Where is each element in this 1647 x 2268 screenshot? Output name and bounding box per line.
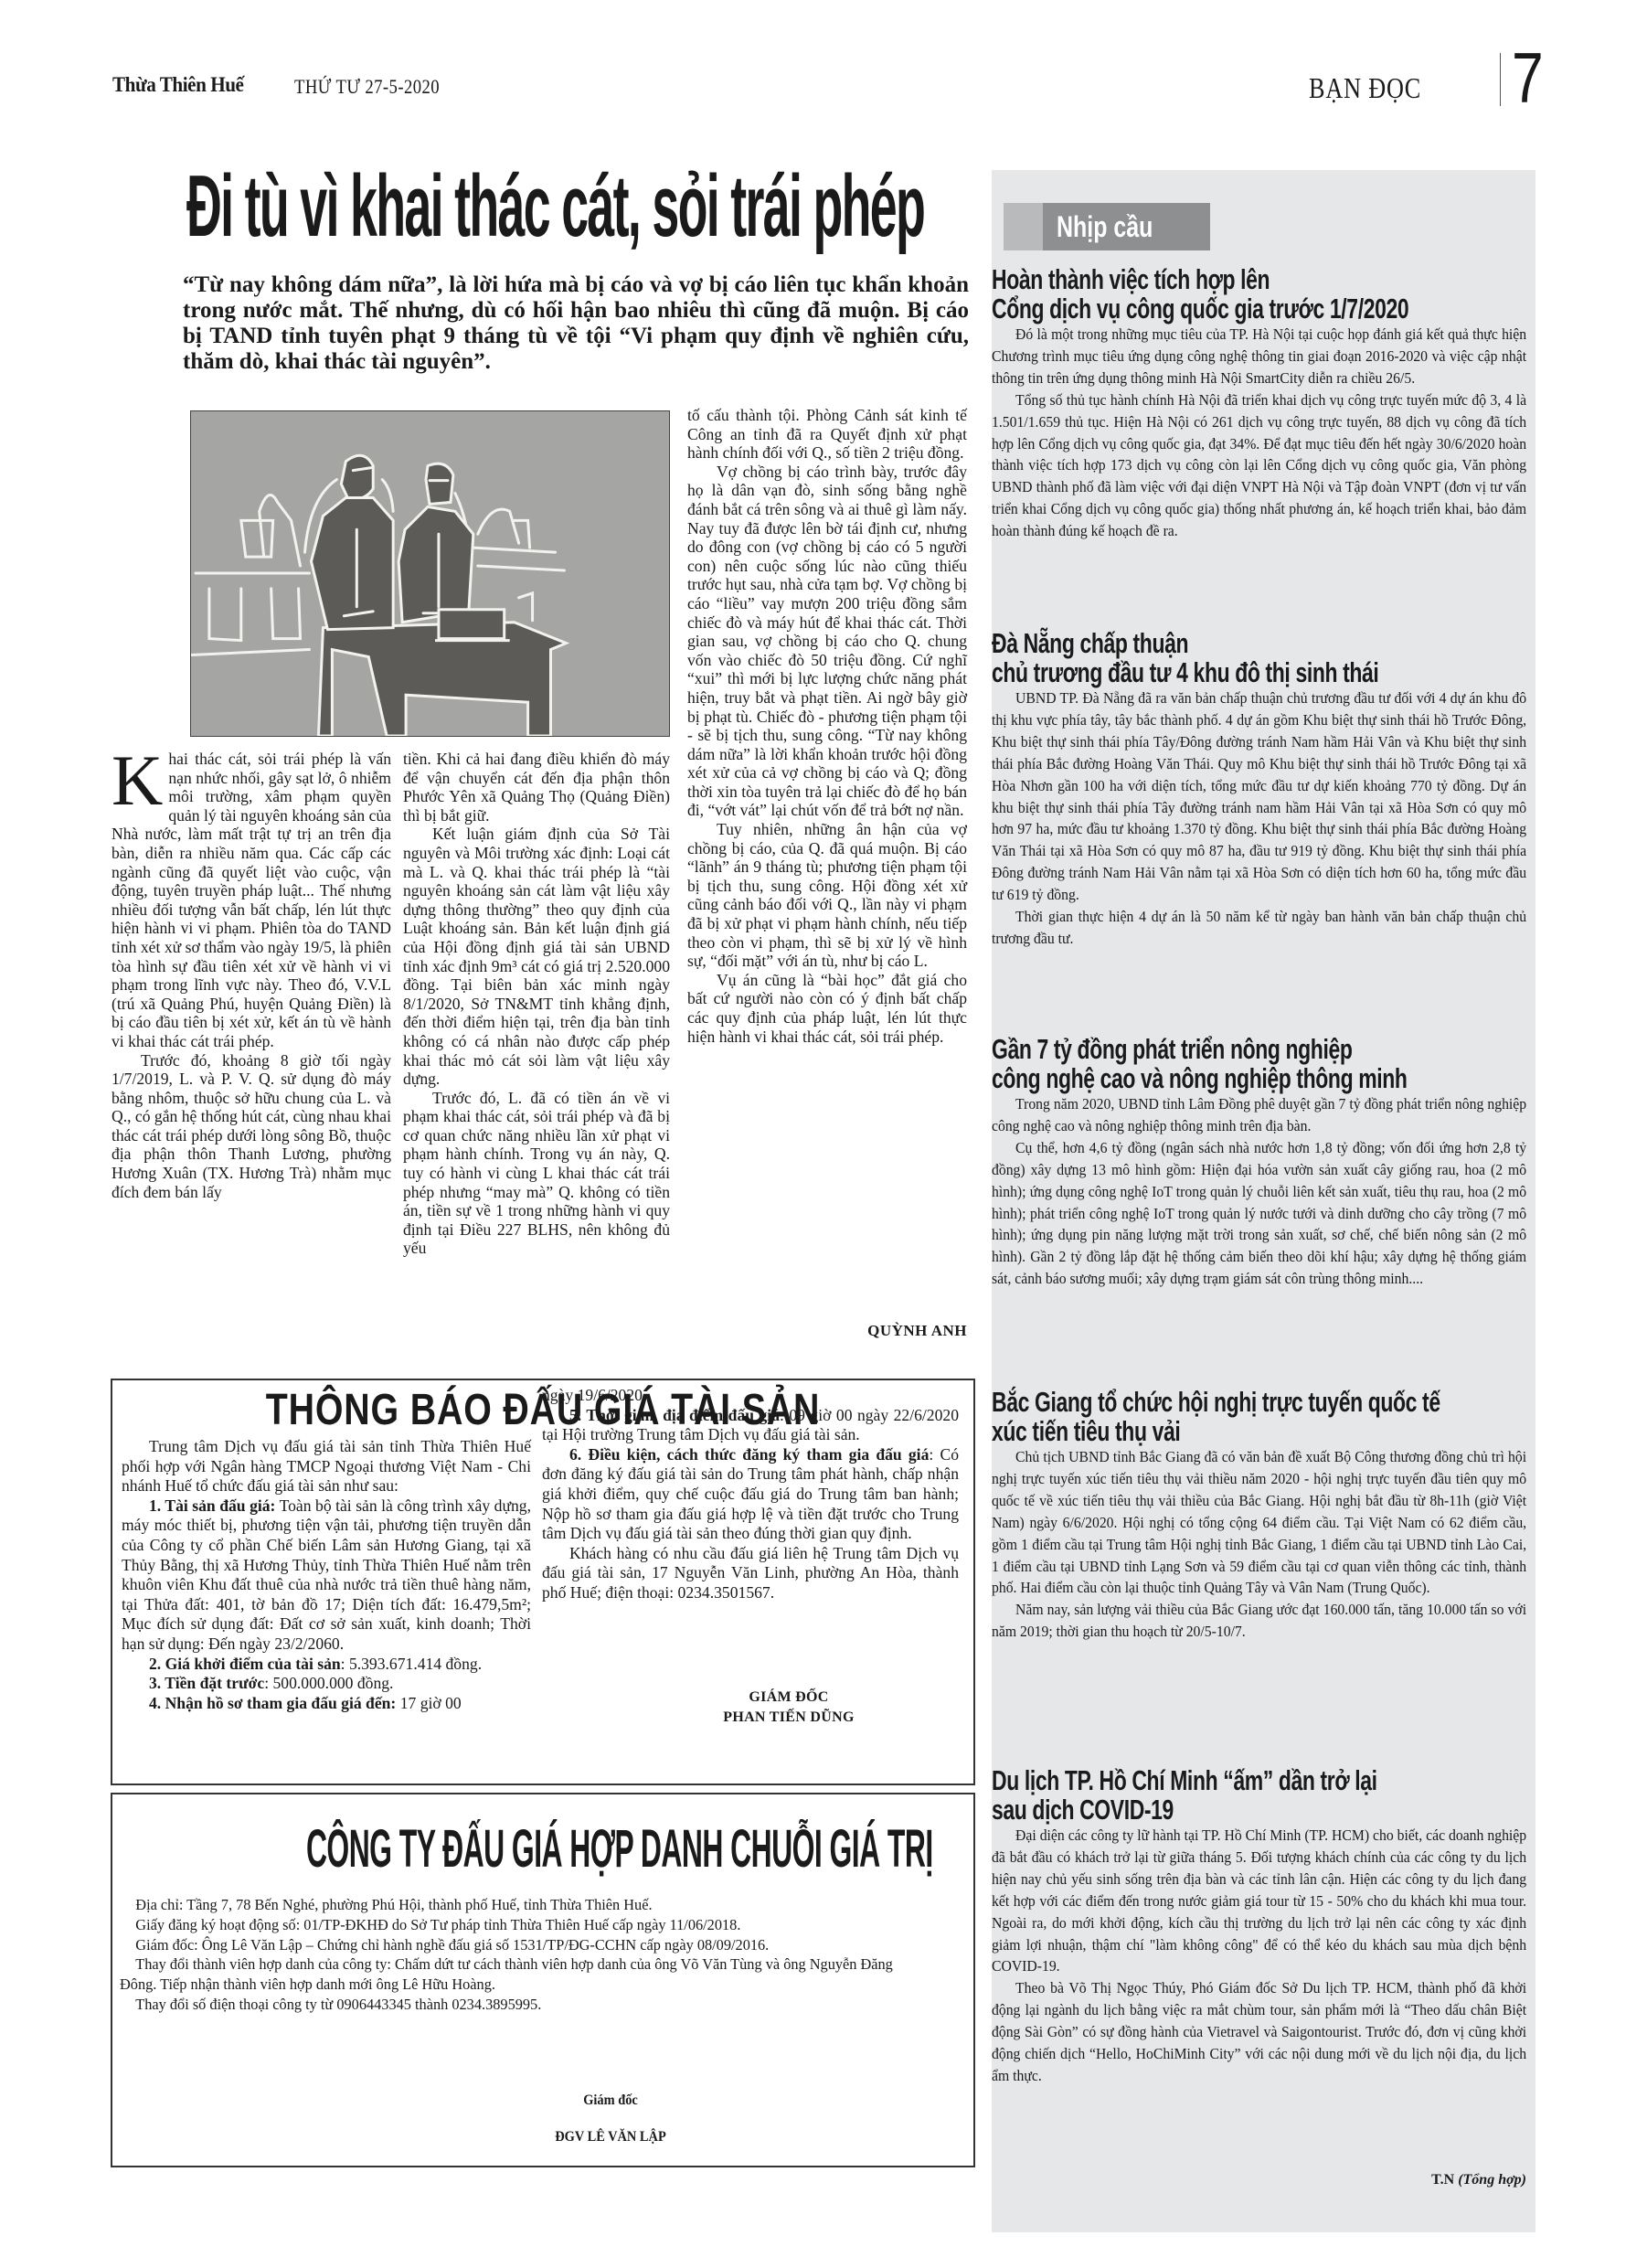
item-label: 6. Điều kiện, cách thức đăng ký tham gia…: [569, 1445, 929, 1464]
issue-date: THỨ TƯ 27-5-2020: [294, 75, 440, 99]
auction-notice: THÔNG BÁO ĐẤU GIÁ TÀI SẢN Trung tâm Dịch…: [111, 1379, 975, 1785]
brief-paragraph: UBND TP. Đà Nẵng đã ra văn bản chấp thuậ…: [992, 687, 1526, 906]
article-paragraph: tố cấu thành tội. Phòng Cảnh sát kinh tế…: [687, 406, 967, 463]
section-name: BẠN ĐỌC: [1309, 71, 1421, 105]
brief-body: UBND TP. Đà Nẵng đã ra văn bản chấp thuậ…: [992, 687, 1526, 950]
dropcap: K: [112, 753, 163, 808]
company-license: Giấy đăng ký hoạt động số: 01/TP-ĐKHĐ do…: [120, 1915, 931, 1935]
item-text: : 5.393.671.414 đồng.: [341, 1655, 482, 1673]
item-text: Toàn bộ tài sản là công trình xây dựng, …: [122, 1496, 531, 1653]
title-line: Đà Nẵng chấp thuận: [992, 627, 1188, 659]
title-line: Bắc Giang tổ chức hội nghị trực tuyến qu…: [992, 1386, 1440, 1418]
item-label: 3. Tiền đặt trước: [149, 1674, 264, 1692]
brief-body: Chủ tịch UBND tỉnh Bắc Giang đã có văn b…: [992, 1446, 1526, 1643]
brief-paragraph: Năm nay, sản lượng vải thiều của Bắc Gia…: [992, 1599, 1526, 1643]
article-paragraph: Vụ án cũng là “bài học” đắt giá cho bất …: [687, 971, 967, 1046]
article-paragraph: Kết luận giám định của Sở Tài nguyên và …: [403, 825, 670, 1088]
company-phone-change: Thay đổi số điện thoại công ty từ 090644…: [120, 1995, 931, 2015]
brief-paragraph: Tổng số thủ tục hành chính Hà Nội đã tri…: [992, 389, 1526, 542]
title-line: Hoàn thành việc tích hợp lên: [992, 263, 1270, 295]
auction-item-2: 2. Giá khởi điểm của tài sản: 5.393.671.…: [122, 1655, 531, 1675]
item-label: 4. Nhận hồ sơ tham gia đấu giá đến:: [149, 1694, 396, 1712]
brief-paragraph: Đại diện các công ty lữ hành tại TP. Hồ …: [992, 1825, 1526, 1977]
item-label: 2. Giá khởi điểm của tài sản: [149, 1655, 341, 1673]
article-byline: QUỲNH ANH: [687, 1322, 967, 1340]
sidebar-nhip-cau: Nhịp cầu Hoàn thành việc tích hợp lênCổn…: [992, 170, 1535, 2232]
credit-author: T.N: [1431, 2172, 1454, 2188]
brief-paragraph: Đó là một trong những mục tiêu của TP. H…: [992, 324, 1526, 389]
brief-article: Du lịch TP. Hồ Chí Minh “ấm” dần trở lại…: [992, 1766, 1529, 2087]
brief-title: Đà Nẵng chấp thuậnchủ trương đầu tư 4 kh…: [992, 629, 1528, 687]
title-line: Du lịch TP. Hồ Chí Minh “ấm” dần trở lại: [992, 1764, 1377, 1796]
company-director: Giám đốc: Ông Lê Văn Lập – Chứng chỉ hàn…: [120, 1935, 931, 1955]
auction-item-6: 6. Điều kiện, cách thức đăng ký tham gia…: [542, 1445, 959, 1544]
article-paragraph: Vợ chồng bị cáo trình bày, trước đây họ …: [687, 463, 967, 820]
company-signature-name: ĐGV LÊ VĂN LẬP: [155, 2129, 933, 2146]
brief-article: Gần 7 tỷ đồng phát triển nông nghiệpcông…: [992, 1035, 1529, 1290]
brief-paragraph: Cụ thể, hơn 4,6 tỷ đồng (ngân sách nhà n…: [992, 1137, 1526, 1290]
article-paragraph: Tuy nhiên, những ân hận của vợ chồng bị …: [687, 820, 967, 971]
title-line: công nghệ cao và nông nghiệp thông minh: [992, 1062, 1408, 1094]
company-member-change: Thay đổi thành viên hợp danh của công ty…: [120, 1954, 931, 1995]
masthead: Thừa Thiên Huế THỨ TƯ 27-5-2020 BẠN ĐỌC …: [0, 0, 1647, 110]
signature-title: GIÁM ĐỐC: [679, 1688, 898, 1708]
company-address: Địa chỉ: Tầng 7, 78 Bến Nghé, phường Phú…: [120, 1895, 931, 1915]
page-divider: [1500, 53, 1501, 106]
company-signature-title: Giám đốc: [155, 2092, 933, 2109]
auction-notice-left-column: Trung tâm Dịch vụ đấu giá tài sản tỉnh T…: [122, 1437, 531, 1713]
auction-intro: Trung tâm Dịch vụ đấu giá tài sản tỉnh T…: [122, 1437, 531, 1496]
auction-item-4: 4. Nhận hồ sơ tham gia đấu giá đến: 17 g…: [122, 1694, 531, 1714]
label-tab-decoration: [1004, 203, 1043, 250]
company-notice: CÔNG TY ĐẤU GIÁ HỢP DANH CHUỖI GIÁ TRỊ Đ…: [111, 1793, 975, 2167]
auction-notice-right-column: ngày 19/6/2020. 5. Thời gian, địa điểm đ…: [542, 1386, 959, 1603]
company-notice-body: Địa chỉ: Tầng 7, 78 Bến Nghé, phường Phú…: [120, 1895, 931, 2015]
item-label: 1. Tài sản đấu giá:: [149, 1496, 275, 1515]
brief-body: Trong năm 2020, UBND tỉnh Lâm Đồng phê d…: [992, 1093, 1526, 1290]
item-label: 5. Thời gian, địa điểm đấu giá: [569, 1406, 780, 1424]
item-text: : 500.000.000 đồng.: [264, 1674, 393, 1692]
brief-article: Hoàn thành việc tích hợp lênCổng dịch vụ…: [992, 265, 1529, 542]
auction-item-1: 1. Tài sản đấu giá: Toàn bộ tài sản là c…: [122, 1496, 531, 1655]
sidebar-label-text: Nhịp cầu: [1057, 208, 1153, 245]
title-line: sau dịch COVID-19: [992, 1794, 1174, 1826]
sidebar-credit: T.N (Tổng hợp): [1431, 2172, 1526, 2188]
auction-item-4-continued: ngày 19/6/2020.: [542, 1386, 959, 1406]
article-column-2: tiền. Khi cả hai đang điều khiển đò máy …: [403, 750, 670, 1258]
brief-body: Đại diện các công ty lữ hành tại TP. Hồ …: [992, 1825, 1526, 2087]
courtroom-illustration-icon: [191, 411, 669, 736]
brief-paragraph: Thời gian thực hiện 4 dự án là 50 năm kể…: [992, 906, 1526, 950]
brief-title: Hoàn thành việc tích hợp lênCổng dịch vụ…: [992, 265, 1528, 324]
sidebar-label: Nhịp cầu: [1004, 203, 1210, 250]
auction-item-3: 3. Tiền đặt trước: 500.000.000 đồng.: [122, 1674, 531, 1694]
signature-name: PHAN TIẾN DŨNG: [679, 1708, 898, 1728]
company-notice-title: CÔNG TY ĐẤU GIÁ HỢP DANH CHUỖI GIÁ TRỊ: [306, 1822, 780, 1877]
brief-article: Đà Nẵng chấp thuậnchủ trương đầu tư 4 kh…: [992, 629, 1529, 950]
title-line: chủ trương đầu tư 4 khu đô thị sinh thái: [992, 656, 1378, 688]
article-column-1: Khai thác cát, sỏi trái phép là vấn nạn …: [112, 750, 391, 1201]
article-column-3: tố cấu thành tội. Phòng Cảnh sát kinh tế…: [687, 406, 967, 1046]
article-paragraph: Trước đó, L. đã có tiền án về vi phạm kh…: [403, 1089, 670, 1258]
article-headline: Đi tù vì khai thác cát, sỏi trái phép: [186, 163, 627, 250]
brief-paragraph: Theo bà Võ Thị Ngọc Thúy, Phó Giám đốc S…: [992, 1977, 1526, 2087]
article-paragraph: Khai thác cát, sỏi trái phép là vấn nạn …: [112, 750, 391, 1051]
page-number: 7: [1512, 42, 1544, 113]
article-sapo: “Từ nay không dám nữa”, là lời hứa mà bị…: [183, 272, 969, 375]
title-line: Cổng dịch vụ công quốc gia trước 1/7/202…: [992, 293, 1408, 325]
paper-name: Thừa Thiên Huế: [112, 73, 243, 97]
brief-title: Du lịch TP. Hồ Chí Minh “ấm” dần trở lại…: [992, 1766, 1528, 1825]
brief-paragraph: Chủ tịch UBND tỉnh Bắc Giang đã có văn b…: [992, 1446, 1526, 1599]
credit-note: (Tổng hợp): [1458, 2172, 1526, 2188]
title-line: xúc tiến tiêu thụ vải: [992, 1415, 1180, 1447]
brief-article: Bắc Giang tổ chức hội nghị trực tuyến qu…: [992, 1388, 1529, 1643]
courtroom-illustration: [190, 410, 670, 737]
auction-item-5: 5. Thời gian, địa điểm đấu giá: 09 giờ 0…: [542, 1406, 959, 1445]
brief-paragraph: Trong năm 2020, UBND tỉnh Lâm Đồng phê d…: [992, 1093, 1526, 1137]
brief-body: Đó là một trong những mục tiêu của TP. H…: [992, 324, 1526, 542]
title-line: Gần 7 tỷ đồng phát triển nông nghiệp: [992, 1033, 1352, 1065]
brief-title: Gần 7 tỷ đồng phát triển nông nghiệpcông…: [992, 1035, 1528, 1093]
article-paragraph: tiền. Khi cả hai đang điều khiển đò máy …: [403, 750, 670, 825]
auction-contact: Khách hàng có nhu cầu đấu giá liên hệ Tr…: [542, 1544, 959, 1603]
brief-title: Bắc Giang tổ chức hội nghị trực tuyến qu…: [992, 1388, 1528, 1446]
auction-signature: GIÁM ĐỐC PHAN TIẾN DŨNG: [679, 1688, 898, 1728]
item-text: 17 giờ 00: [396, 1694, 461, 1712]
article-paragraph: Trước đó, khoảng 8 giờ tối ngày 1/7/2019…: [112, 1051, 391, 1202]
